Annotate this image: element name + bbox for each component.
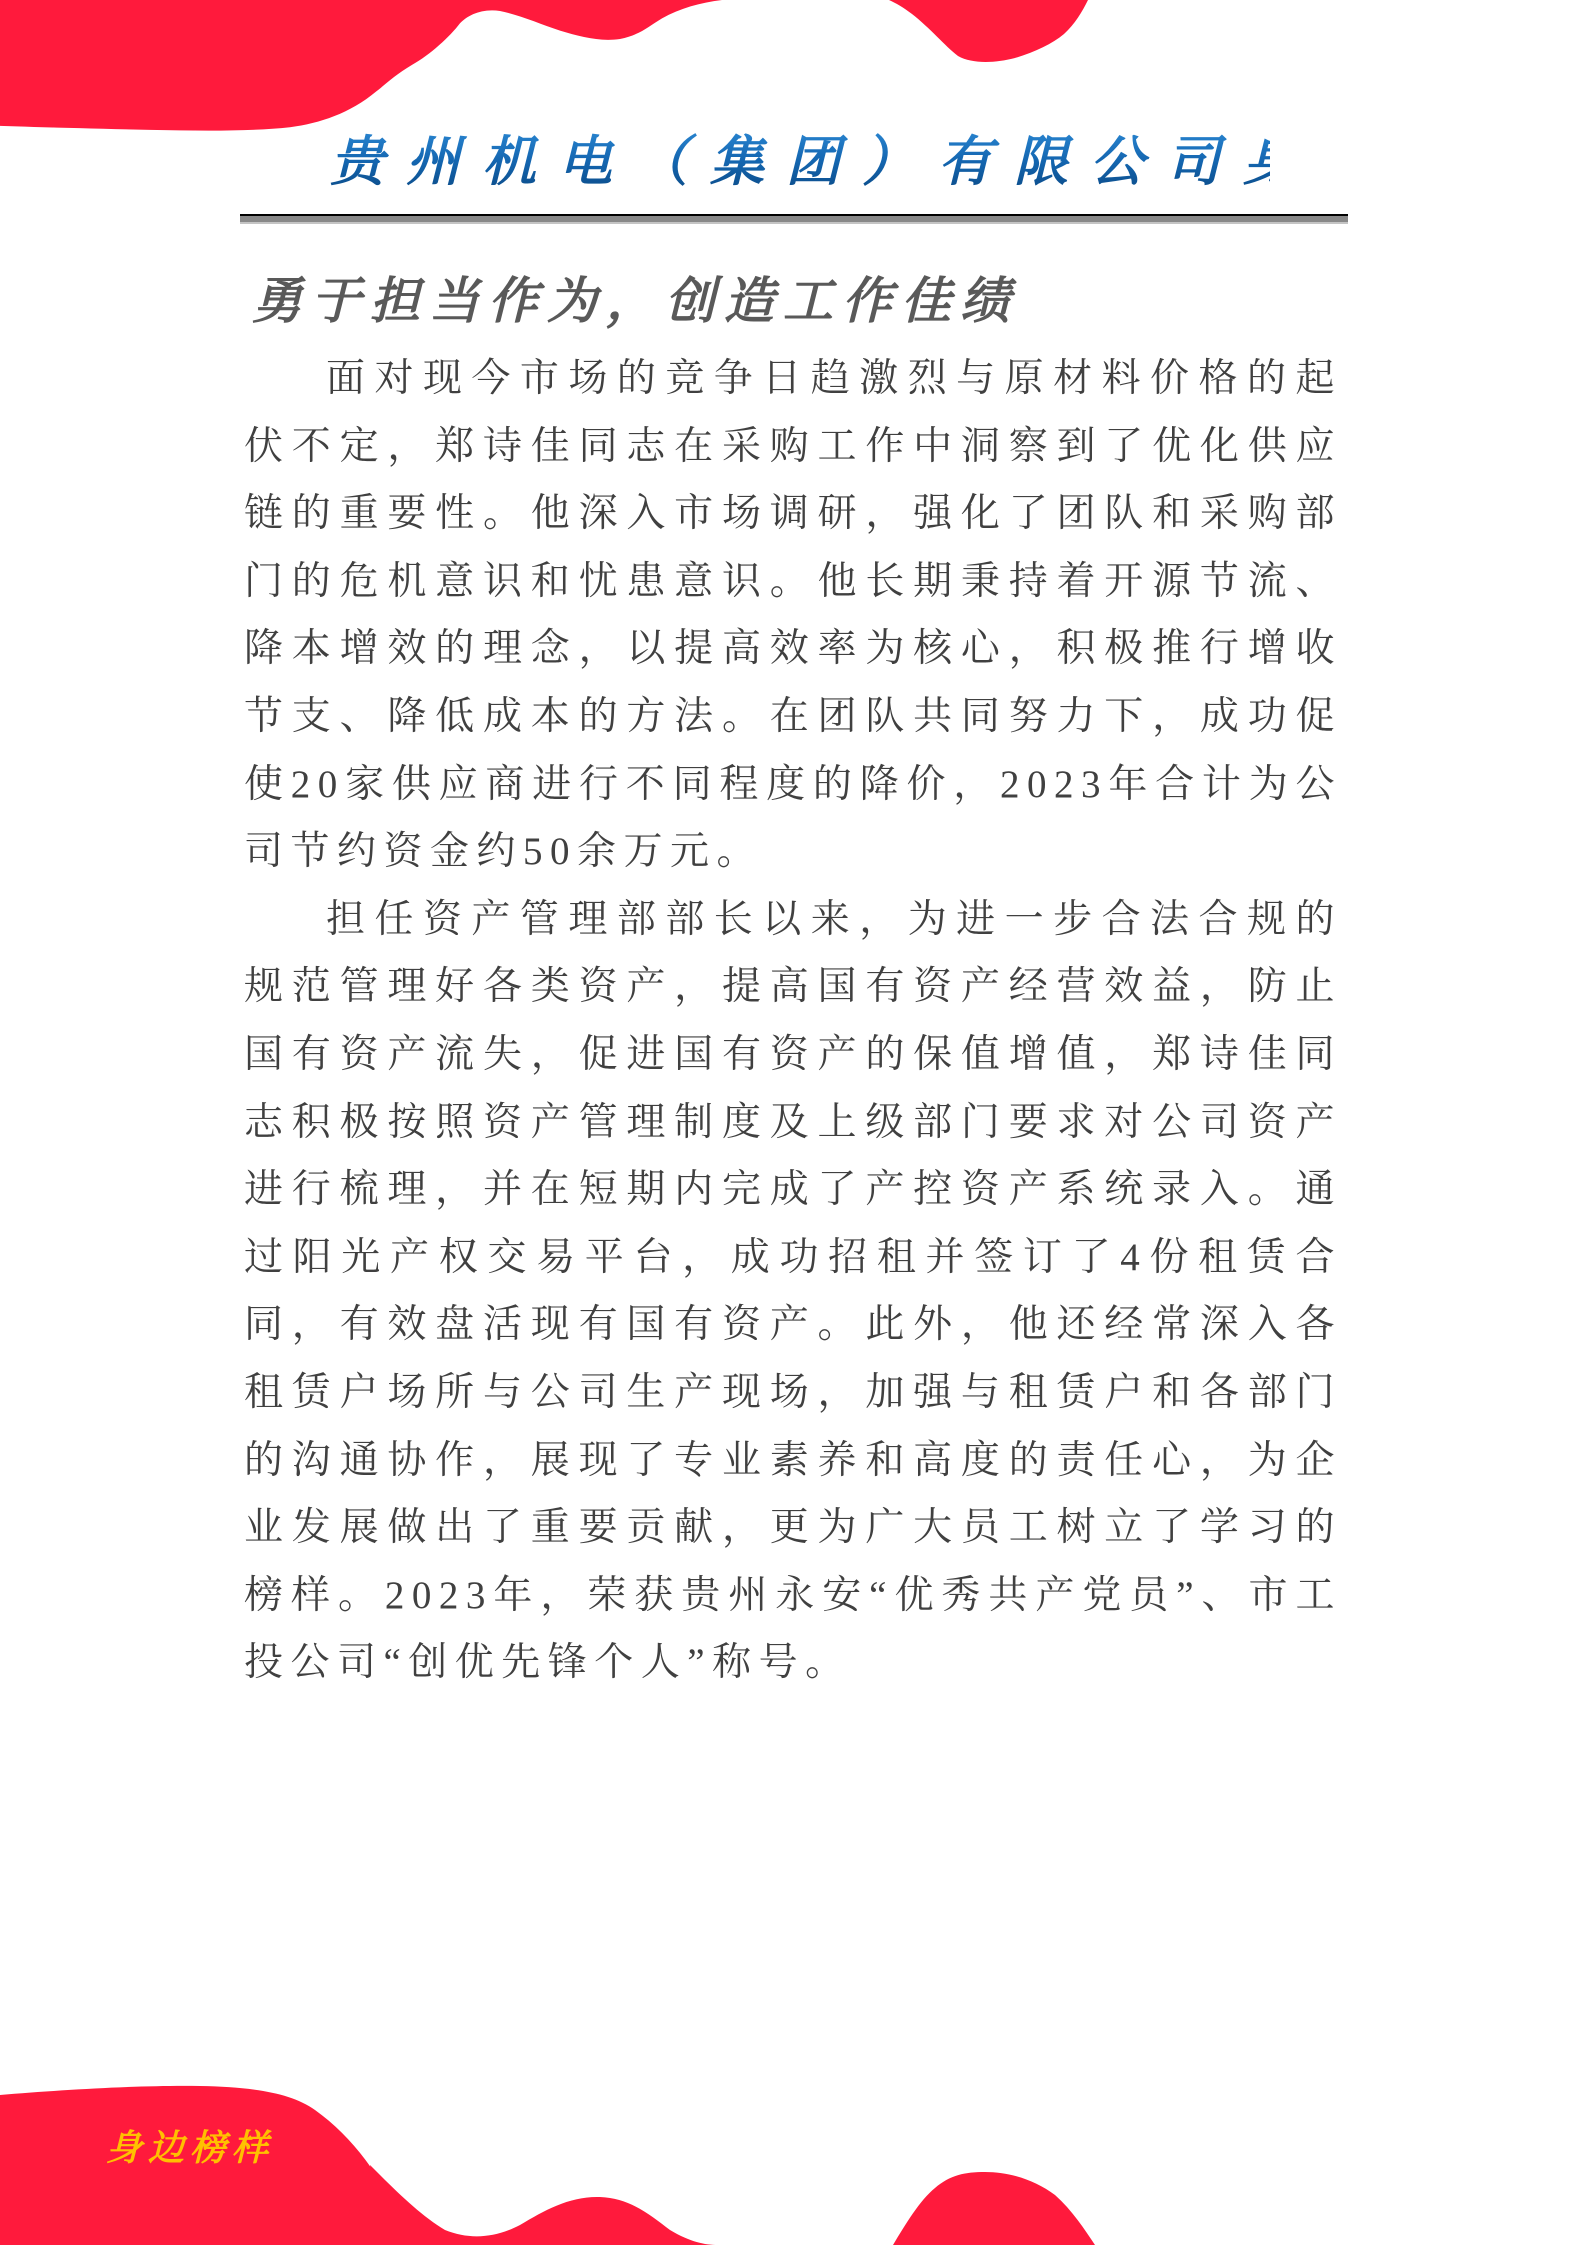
bottom-middle-wave-shape xyxy=(370,2165,718,2245)
header-divider xyxy=(240,214,1348,224)
page-header-title: 贵州机电（集团）有限公司身边榜样 xyxy=(330,128,1270,194)
article-paragraph: 担任资产管理部部长以来，为进一步合法合规的规范管理好各类资产，提高国有资产经营效… xyxy=(244,886,1342,1697)
article-heading: 勇于担当作为，创造工作佳绩 xyxy=(252,268,1052,334)
bottom-right-blob-shape xyxy=(893,2172,1095,2245)
top-left-wave-shape xyxy=(0,0,722,131)
footer-label: 身边榜样 xyxy=(106,2124,274,2172)
top-right-blob-shape xyxy=(889,0,1088,62)
article-paragraph: 面对现今市场的竞争日趋激烈与原材料价格的起伏不定，郑诗佳同志在采购工作中洞察到了… xyxy=(244,345,1342,886)
header-divider-light-line xyxy=(240,222,1348,224)
article-body: 面对现今市场的竞争日趋激烈与原材料价格的起伏不定，郑诗佳同志在采购工作中洞察到了… xyxy=(244,345,1342,1697)
